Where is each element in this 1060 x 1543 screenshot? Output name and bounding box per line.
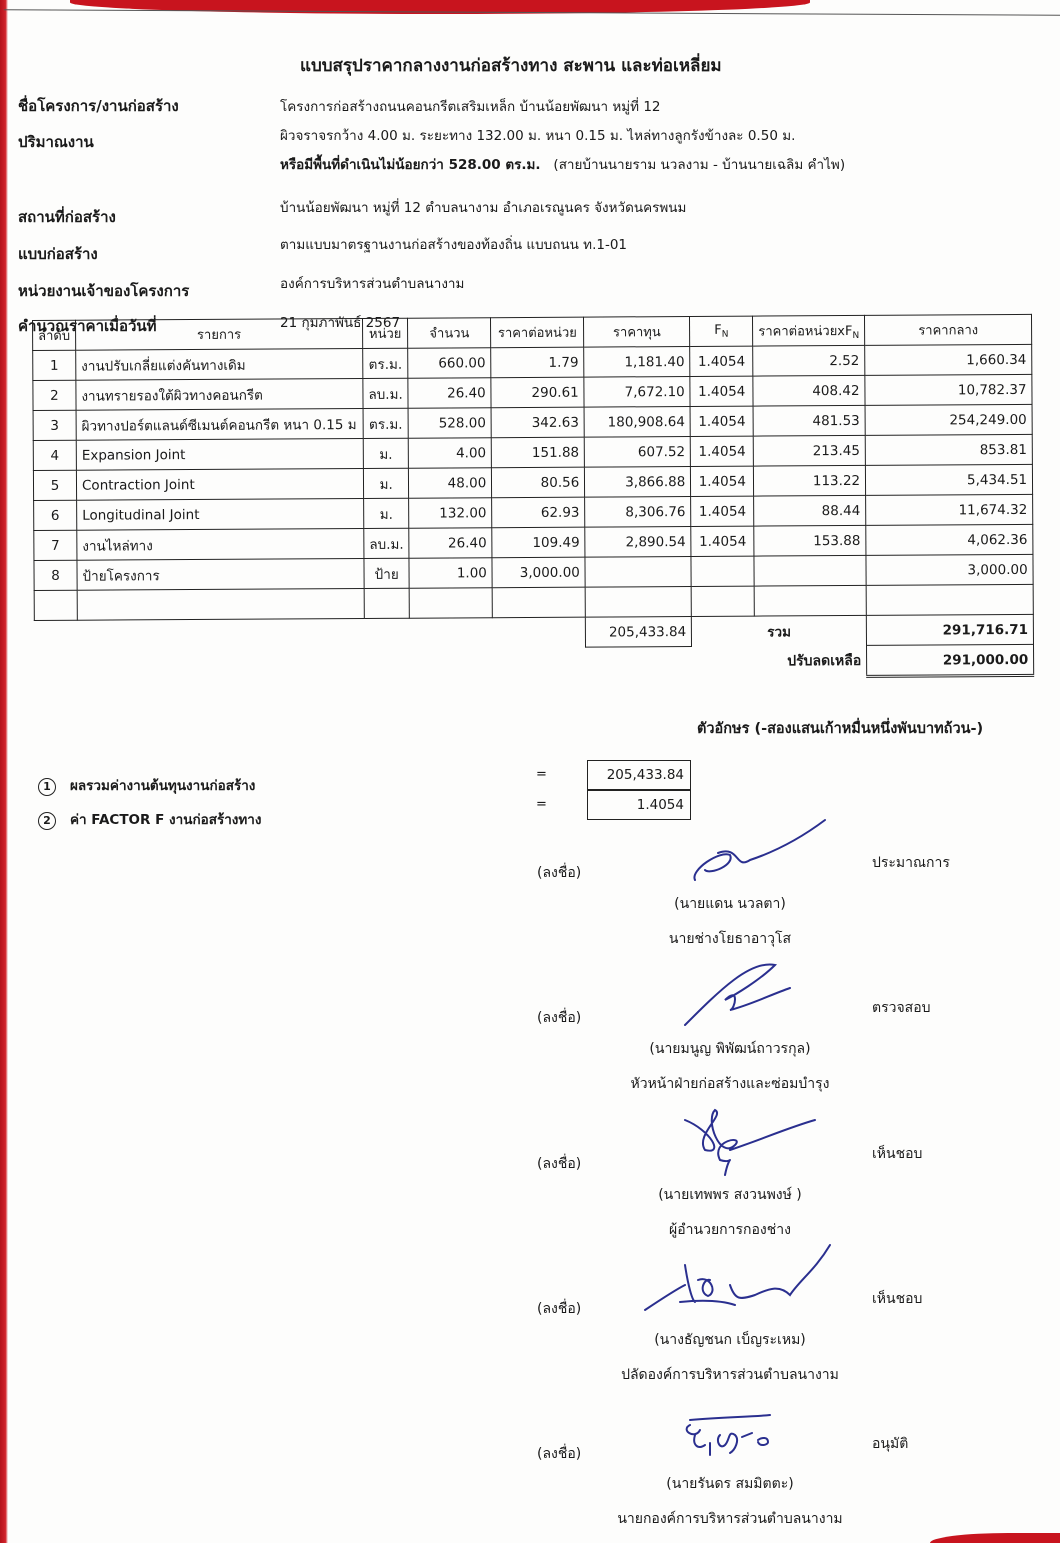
header-qty: จำนวน bbox=[408, 318, 491, 349]
cell-median: 4,062.36 bbox=[866, 524, 1033, 555]
cell-cost: 180,908.64 bbox=[584, 406, 690, 437]
total-median: 291,716.71 bbox=[866, 614, 1033, 645]
note-2-label: ค่า FACTOR F งานก่อสร้างทาง bbox=[70, 812, 261, 828]
signatory-name: (นายมนูญ พิพัฒน์ถาวรกุล) bbox=[560, 1038, 900, 1060]
quantity-value-2: หรือมีพื้นที่ดำเนินไม่น้อยกว่า 528.00 ตร… bbox=[280, 153, 845, 175]
cell-cost: 3,866.88 bbox=[585, 466, 691, 497]
signature-3-icon bbox=[680, 1105, 820, 1180]
signatory-name: (นางธัญชนก เบ็ญระเหม) bbox=[560, 1329, 900, 1351]
cell-item bbox=[77, 588, 364, 620]
cell-unit-price-fn: 153.88 bbox=[754, 525, 866, 556]
sign-label: (ลงชื่อ) bbox=[537, 1443, 581, 1465]
cell-no: 1 bbox=[33, 350, 76, 380]
project-label: ชื่อโครงการ/งานก่อสร้าง bbox=[18, 94, 179, 118]
page-fold-edge bbox=[4, 9, 1060, 36]
cell-no bbox=[34, 590, 77, 620]
cell-item: งานปรับเกลี่ยแต่งคันทางเดิม bbox=[76, 348, 363, 380]
project-value: โครงการก่อสร้างถนนคอนกรีตเสริมเหล็ก บ้าน… bbox=[280, 95, 661, 117]
note-1-label: ผลรวมค่างานต้นทุนงานก่อสร้าง bbox=[70, 778, 255, 794]
signature-2-icon bbox=[680, 960, 800, 1030]
cell-qty bbox=[409, 588, 492, 619]
cell-unit: ม. bbox=[363, 468, 409, 498]
signature-5-icon bbox=[680, 1415, 780, 1460]
cell-no: 3 bbox=[33, 410, 76, 440]
reduced-row: ปรับลดเหลือ 291,000.00 bbox=[35, 644, 1034, 681]
signatory-name: (นายแดน นวลตา) bbox=[560, 893, 900, 915]
note-2-equals: = bbox=[536, 797, 547, 812]
cell-unit-price-fn: 213.45 bbox=[754, 435, 866, 466]
cell-median bbox=[866, 584, 1033, 615]
sign-label: (ลงชื่อ) bbox=[537, 1153, 581, 1175]
cell-unit-price-fn bbox=[754, 585, 866, 616]
cell-unit: ป้าย bbox=[364, 558, 410, 588]
cell-cost: 7,672.10 bbox=[584, 376, 690, 407]
cell-unit-price: 290.61 bbox=[491, 377, 584, 408]
note-1-value: 205,433.84 bbox=[587, 760, 691, 790]
cell-unit bbox=[364, 588, 410, 618]
cell-fn bbox=[691, 586, 754, 616]
background-red-bottom bbox=[930, 1533, 1060, 1543]
cell-item: Contraction Joint bbox=[76, 468, 363, 500]
owner-label: หน่วยงานเจ้าของโครงการ bbox=[18, 279, 189, 303]
background-red-edge bbox=[0, 0, 8, 1543]
location-label: สถานที่ก่อสร้าง bbox=[18, 205, 116, 229]
signatory-name: (นายเทพพร สงวนพงษ์ ) bbox=[560, 1184, 900, 1206]
sign-label: (ลงชื่อ) bbox=[537, 1298, 581, 1320]
signature-1-icon bbox=[690, 815, 830, 885]
cell-qty: 48.00 bbox=[409, 468, 492, 499]
cell-qty: 132.00 bbox=[409, 498, 492, 529]
cell-cost bbox=[585, 556, 691, 587]
cell-qty: 4.00 bbox=[409, 438, 492, 469]
header-fn: FN bbox=[690, 316, 753, 346]
header-no: ลำดับ bbox=[33, 320, 76, 350]
cell-median: 1,660.34 bbox=[865, 344, 1032, 375]
cell-qty: 26.40 bbox=[408, 378, 491, 409]
cell-item: งานทรายรองใต้ผิวทางคอนกรีต bbox=[76, 378, 363, 410]
note-2: 2ค่า FACTOR F งานก่อสร้างทาง bbox=[38, 808, 261, 830]
header-item: รายการ bbox=[75, 318, 362, 350]
total-label: รวม bbox=[692, 615, 867, 646]
signatory-position: ผู้อำนวยการกองช่าง bbox=[560, 1219, 900, 1241]
reduced-value: 291,000.00 bbox=[867, 644, 1034, 676]
cell-cost: 1,181.40 bbox=[584, 346, 690, 377]
cell-fn: 1.4054 bbox=[690, 376, 753, 406]
sign-label: (ลงชื่อ) bbox=[537, 862, 581, 884]
cell-unit-price-fn: 2.52 bbox=[753, 345, 865, 376]
cell-unit-price: 109.49 bbox=[492, 527, 585, 558]
location-value: บ้านน้อยพัฒนา หมู่ที่ 12 ตำบลนางาม อำเภอ… bbox=[280, 196, 686, 218]
cell-qty: 528.00 bbox=[408, 408, 491, 439]
cell-unit-price-fn: 481.53 bbox=[753, 405, 865, 436]
cell-unit-price: 342.63 bbox=[491, 407, 584, 438]
cell-cost: 8,306.76 bbox=[585, 496, 691, 527]
total-cost: 205,433.84 bbox=[586, 616, 692, 647]
header-unit-price-fn: ราคาต่อหน่วยxFN bbox=[753, 315, 865, 346]
quantity-value-1: ผิวจราจรกว้าง 4.00 ม. ระยะทาง 132.00 ม. … bbox=[280, 124, 795, 146]
cell-no: 5 bbox=[33, 470, 76, 500]
cell-unit-price: 62.93 bbox=[492, 497, 585, 528]
cell-cost: 2,890.54 bbox=[585, 526, 691, 557]
cell-unit: ลบ.ม. bbox=[363, 378, 409, 408]
cell-median: 3,000.00 bbox=[866, 554, 1033, 585]
cell-unit-price: 3,000.00 bbox=[492, 557, 585, 588]
note-1: 1ผลรวมค่างานต้นทุนงานก่อสร้าง bbox=[38, 774, 255, 796]
cell-cost: 607.52 bbox=[585, 436, 691, 467]
cell-unit-price-fn: 88.44 bbox=[754, 495, 866, 526]
header-median: ราคากลาง bbox=[865, 314, 1032, 345]
cell-unit-price-fn: 113.22 bbox=[754, 465, 866, 496]
cell-item: Longitudinal Joint bbox=[77, 498, 364, 530]
cell-no: 8 bbox=[34, 560, 77, 590]
signatory-position: หัวหน้าฝ่ายก่อสร้างและซ่อมบำรุง bbox=[560, 1073, 900, 1095]
cell-fn bbox=[691, 556, 754, 586]
cell-unit-price-fn bbox=[754, 555, 866, 586]
cell-unit: ตร.ม. bbox=[363, 348, 409, 378]
signatory-position: นายช่างโยธาอาวุโส bbox=[560, 928, 900, 950]
route-note: (สายบ้านนายราม นวลงาม - บ้านนายเฉลิม คำไ… bbox=[553, 157, 845, 173]
cell-unit: ลบ.ม. bbox=[364, 528, 410, 558]
sign-label: (ลงชื่อ) bbox=[537, 1007, 581, 1029]
cell-no: 6 bbox=[34, 500, 77, 530]
cell-unit: ตร.ม. bbox=[363, 408, 409, 438]
design-value: ตามแบบมาตรฐานงานก่อสร้างของท้องถิ่น แบบถ… bbox=[280, 233, 627, 255]
cell-fn: 1.4054 bbox=[690, 346, 753, 376]
cell-unit: ม. bbox=[363, 438, 409, 468]
cell-median: 853.81 bbox=[865, 434, 1032, 465]
header-cost: ราคาทุน bbox=[584, 316, 690, 347]
cell-fn: 1.4054 bbox=[691, 466, 754, 496]
signatory-position: ปลัดองค์การบริหารส่วนตำบลนางาม bbox=[560, 1364, 900, 1386]
amount-in-words: ตัวอักษร (-สองแสนเก้าหมื่นหนึ่งพันบาทถ้ว… bbox=[697, 717, 983, 740]
signature-role: ประมาณการ bbox=[872, 852, 950, 874]
cell-item: Expansion Joint bbox=[76, 438, 363, 470]
cell-item: งานไหล่ทาง bbox=[77, 528, 364, 560]
design-label: แบบก่อสร้าง bbox=[18, 242, 98, 266]
cell-no: 7 bbox=[34, 530, 77, 560]
cell-fn: 1.4054 bbox=[691, 436, 754, 466]
document-title: แบบสรุปราคากลางงานก่อสร้างทาง สะพาน และท… bbox=[300, 52, 722, 79]
cell-median: 10,782.37 bbox=[865, 374, 1032, 405]
cell-median: 11,674.32 bbox=[866, 494, 1033, 525]
signatory-name: (นายรันดร สมมิตตะ) bbox=[560, 1473, 900, 1495]
price-summary-table: ลำดับ รายการ หน่วย จำนวน ราคาต่อหน่วย รา… bbox=[32, 314, 1034, 683]
cell-unit: ม. bbox=[364, 498, 410, 528]
circled-number-1: 1 bbox=[38, 778, 56, 796]
signature-role: อนุมัติ bbox=[872, 1433, 908, 1455]
cell-no: 2 bbox=[33, 380, 76, 410]
cell-cost bbox=[585, 586, 691, 617]
signature-role: ตรวจสอบ bbox=[872, 997, 931, 1019]
circled-number-2: 2 bbox=[38, 812, 56, 830]
cell-median: 254,249.00 bbox=[865, 404, 1032, 435]
reduced-label: ปรับลดเหลือ bbox=[692, 645, 867, 677]
cell-qty: 660.00 bbox=[408, 348, 491, 379]
cell-item: ป้ายโครงการ bbox=[77, 558, 364, 590]
cell-qty: 1.00 bbox=[409, 558, 492, 589]
cell-unit-price bbox=[492, 587, 585, 618]
header-unit-price: ราคาต่อหน่วย bbox=[491, 317, 584, 348]
signature-role: เห็นชอบ bbox=[872, 1288, 922, 1310]
cell-unit-price-fn: 408.42 bbox=[753, 375, 865, 406]
signature-4-icon bbox=[640, 1240, 840, 1320]
quantity-label: ปริมาณงาน bbox=[18, 130, 94, 154]
cell-fn: 1.4054 bbox=[690, 406, 753, 436]
owner-value: องค์การบริหารส่วนตำบลนางาม bbox=[280, 272, 464, 294]
cell-item: ผิวทางปอร์ตแลนด์ซีเมนต์คอนกรีต หนา 0.15 … bbox=[76, 408, 363, 440]
cell-fn: 1.4054 bbox=[691, 526, 754, 556]
cell-no: 4 bbox=[33, 440, 76, 470]
cell-unit-price: 1.79 bbox=[491, 347, 584, 378]
header-unit: หน่วย bbox=[362, 318, 408, 348]
min-area: หรือมีพื้นที่ดำเนินไม่น้อยกว่า 528.00 ตร… bbox=[280, 157, 541, 173]
note-1-equals: = bbox=[536, 767, 547, 782]
note-2-value: 1.4054 bbox=[587, 790, 691, 820]
signature-role: เห็นชอบ bbox=[872, 1143, 922, 1165]
cell-unit-price: 151.88 bbox=[492, 437, 585, 468]
cell-median: 5,434.51 bbox=[866, 464, 1033, 495]
cell-unit-price: 80.56 bbox=[492, 467, 585, 498]
cell-fn: 1.4054 bbox=[691, 496, 754, 526]
cell-qty: 26.40 bbox=[409, 528, 492, 559]
signatory-position: นายกองค์การบริหารส่วนตำบลนางาม bbox=[560, 1508, 900, 1530]
